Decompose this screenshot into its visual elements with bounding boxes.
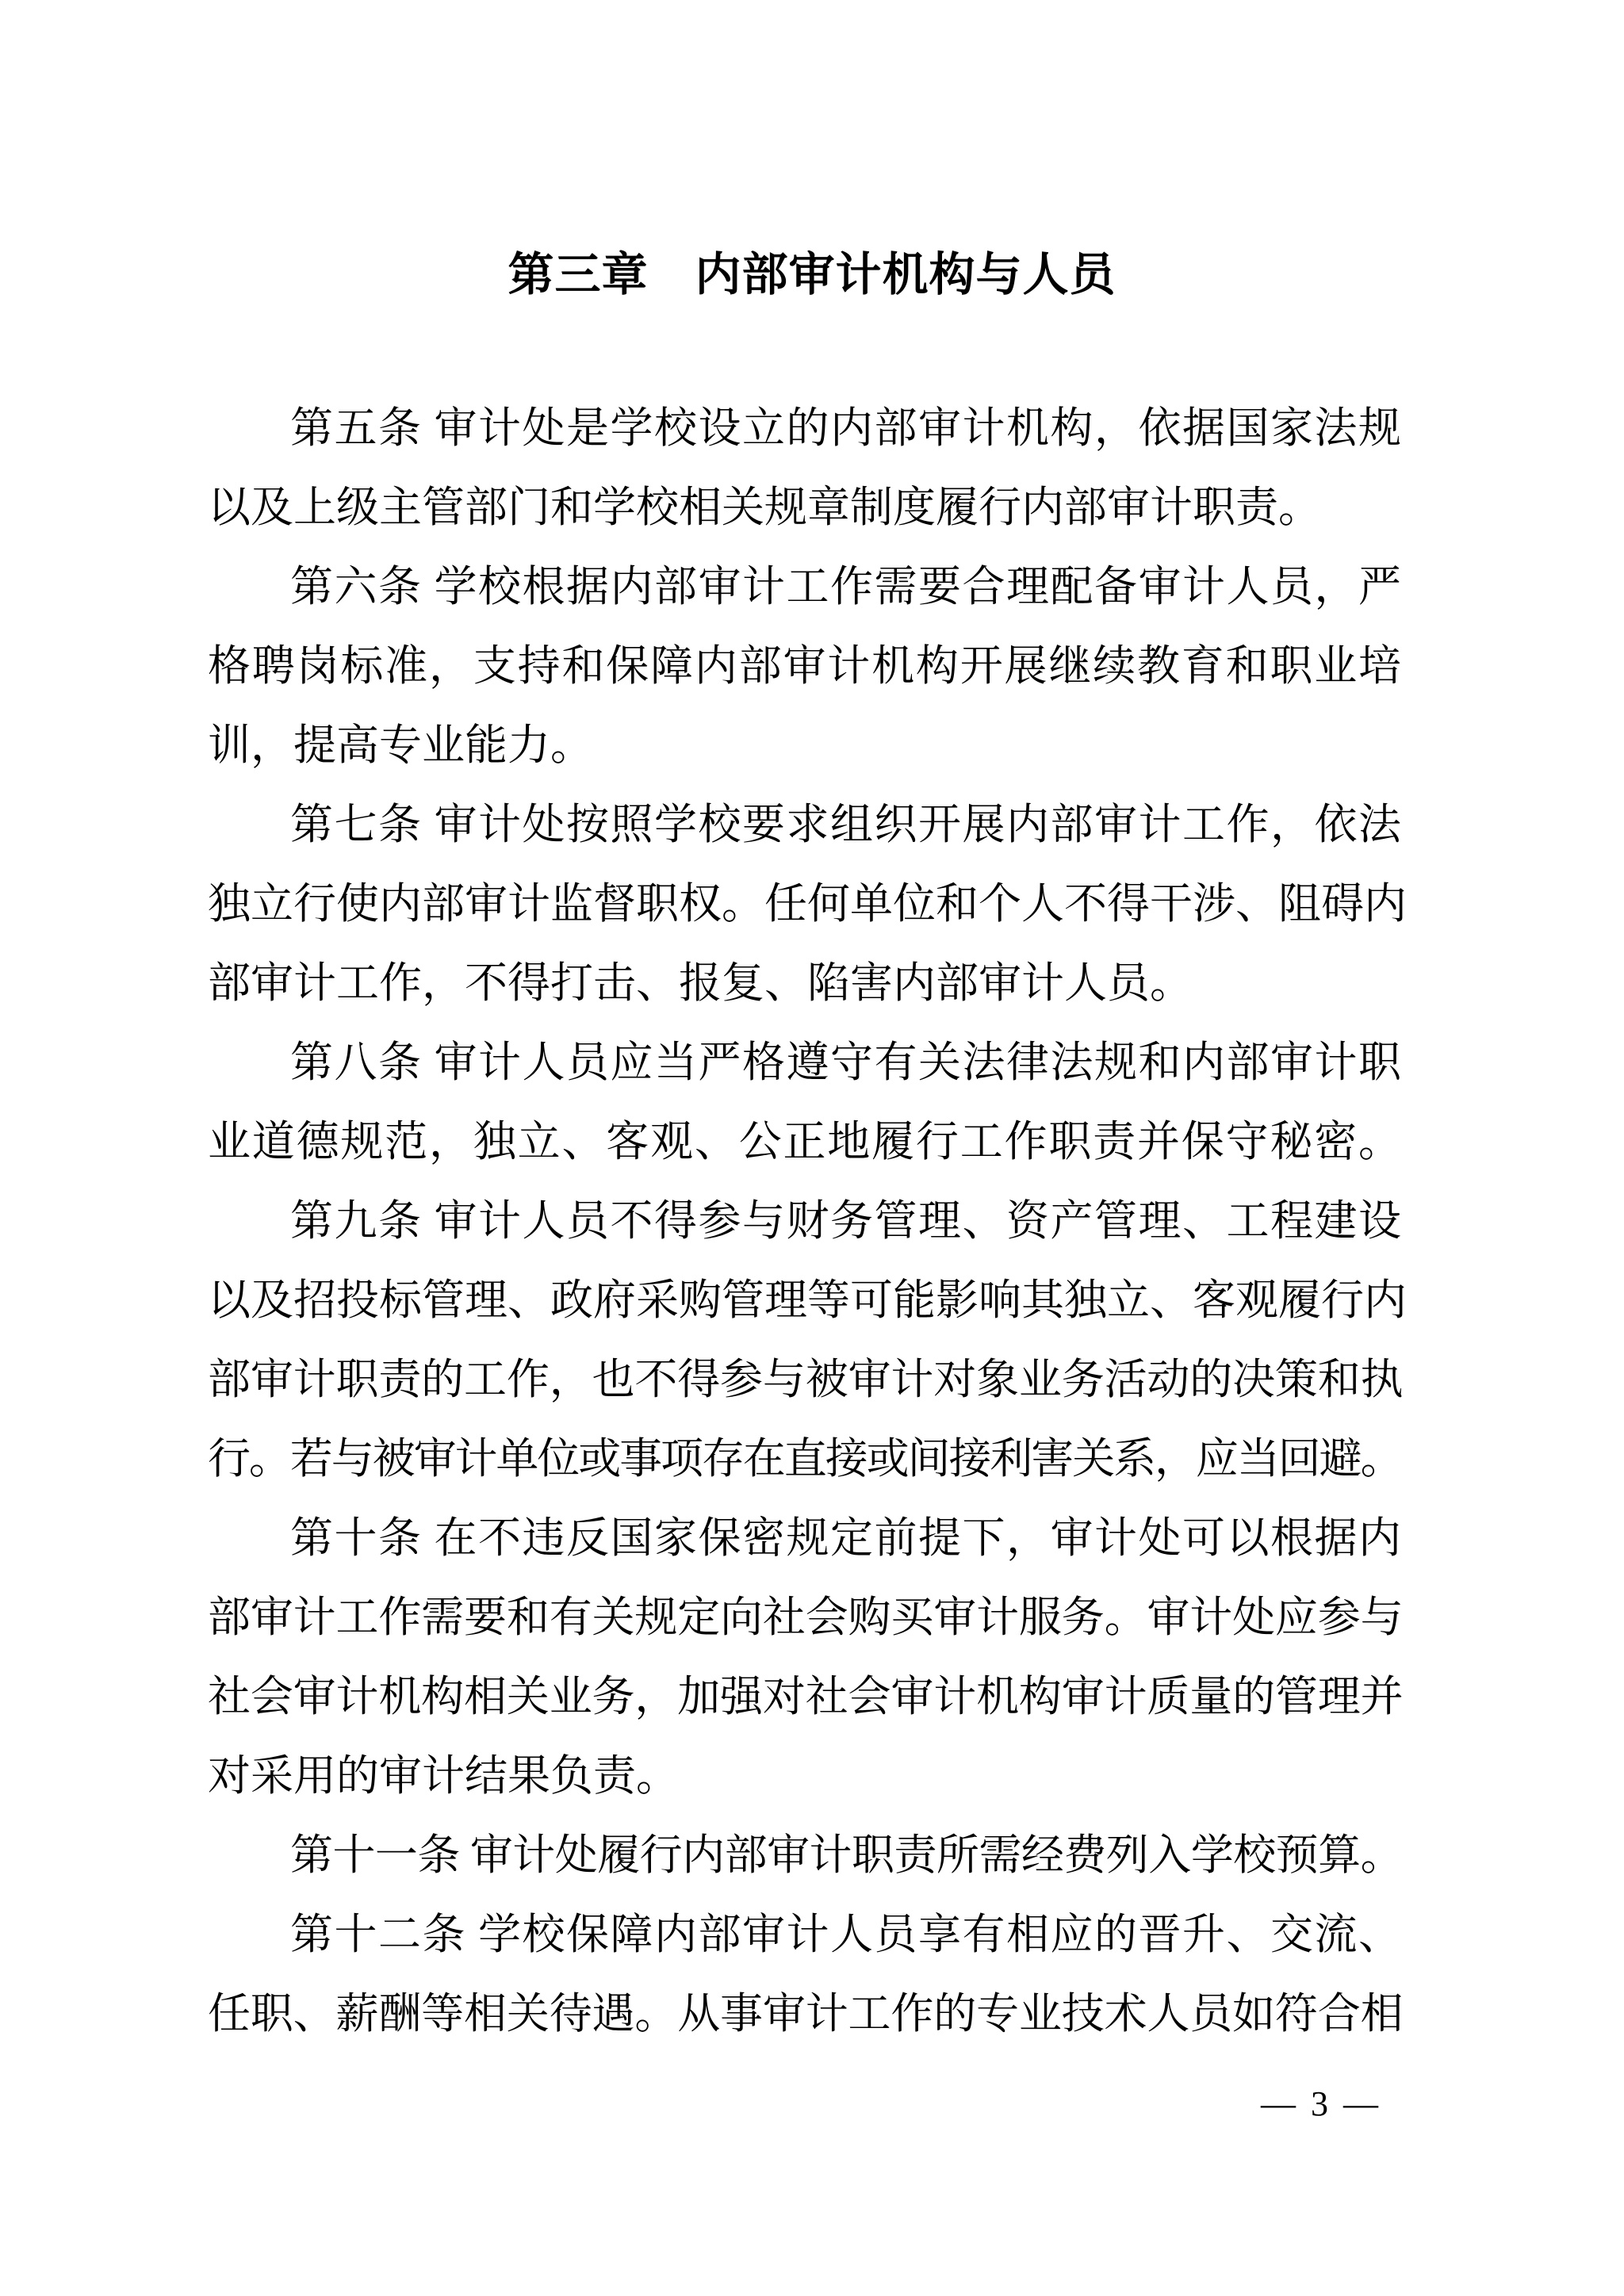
body-line: 部审计工作，不得打击、报复、陷害内部审计人员。: [208, 943, 1401, 1023]
body-line: 第七条 审计处按照学校要求组织开展内部审计工作，依法: [208, 785, 1401, 864]
body-line: 第六条 学校根据内部审计工作需要合理配备审计人员，严: [208, 547, 1401, 626]
body-line: 部审计工作需要和有关规定向社会购买审计服务。审计处应参与: [208, 1578, 1401, 1657]
body-line: 训，提高专业能力。: [208, 706, 1401, 785]
document-page: 第三章 内部审计机构与人员 第五条 审计处是学校设立的内部审计机构，依据国家法规…: [0, 0, 1624, 2296]
body-line: 对采用的审计结果负责。: [208, 1736, 1401, 1816]
body-line: 第十二条 学校保障内部审计人员享有相应的晋升、交流、: [208, 1895, 1401, 1974]
body-line: 行。若与被审计单位或事项存在直接或间接利害关系，应当回避。: [208, 1419, 1401, 1498]
body-line: 任职、薪酬等相关待遇。从事审计工作的专业技术人员如符合相: [208, 1974, 1401, 2053]
body-line: 以及上级主管部门和学校相关规章制度履行内部审计职责。: [208, 468, 1401, 547]
body-line: 第八条 审计人员应当严格遵守有关法律法规和内部审计职: [208, 1023, 1401, 1102]
body-line: 部审计职责的工作，也不得参与被审计对象业务活动的决策和执: [208, 1340, 1401, 1419]
body-line: 格聘岗标准，支持和保障内部审计机构开展继续教育和职业培: [208, 626, 1401, 706]
body-line: 第五条 审计处是学校设立的内部审计机构，依据国家法规: [208, 388, 1401, 468]
body-line: 以及招投标管理、政府采购管理等可能影响其独立、客观履行内: [208, 1261, 1401, 1340]
body-line: 社会审计机构相关业务，加强对社会审计机构审计质量的管理并: [208, 1657, 1401, 1736]
body-line: 第九条 审计人员不得参与财务管理、资产管理、工程建设: [208, 1181, 1401, 1261]
body-line: 第十条 在不违反国家保密规定前提下，审计处可以根据内: [208, 1498, 1401, 1578]
body-line: 独立行使内部审计监督职权。任何单位和个人不得干涉、阻碍内: [208, 864, 1401, 943]
page-number: — 3 —: [1261, 2079, 1381, 2130]
body-line: 业道德规范，独立、客观、公正地履行工作职责并保守秘密。: [208, 1102, 1401, 1181]
chapter-heading: 第三章 内部审计机构与人员: [0, 247, 1624, 303]
body-line: 第十一条 审计处履行内部审计职责所需经费列入学校预算。: [208, 1816, 1401, 1895]
document-body: 第五条 审计处是学校设立的内部审计机构，依据国家法规 以及上级主管部门和学校相关…: [208, 388, 1401, 2053]
